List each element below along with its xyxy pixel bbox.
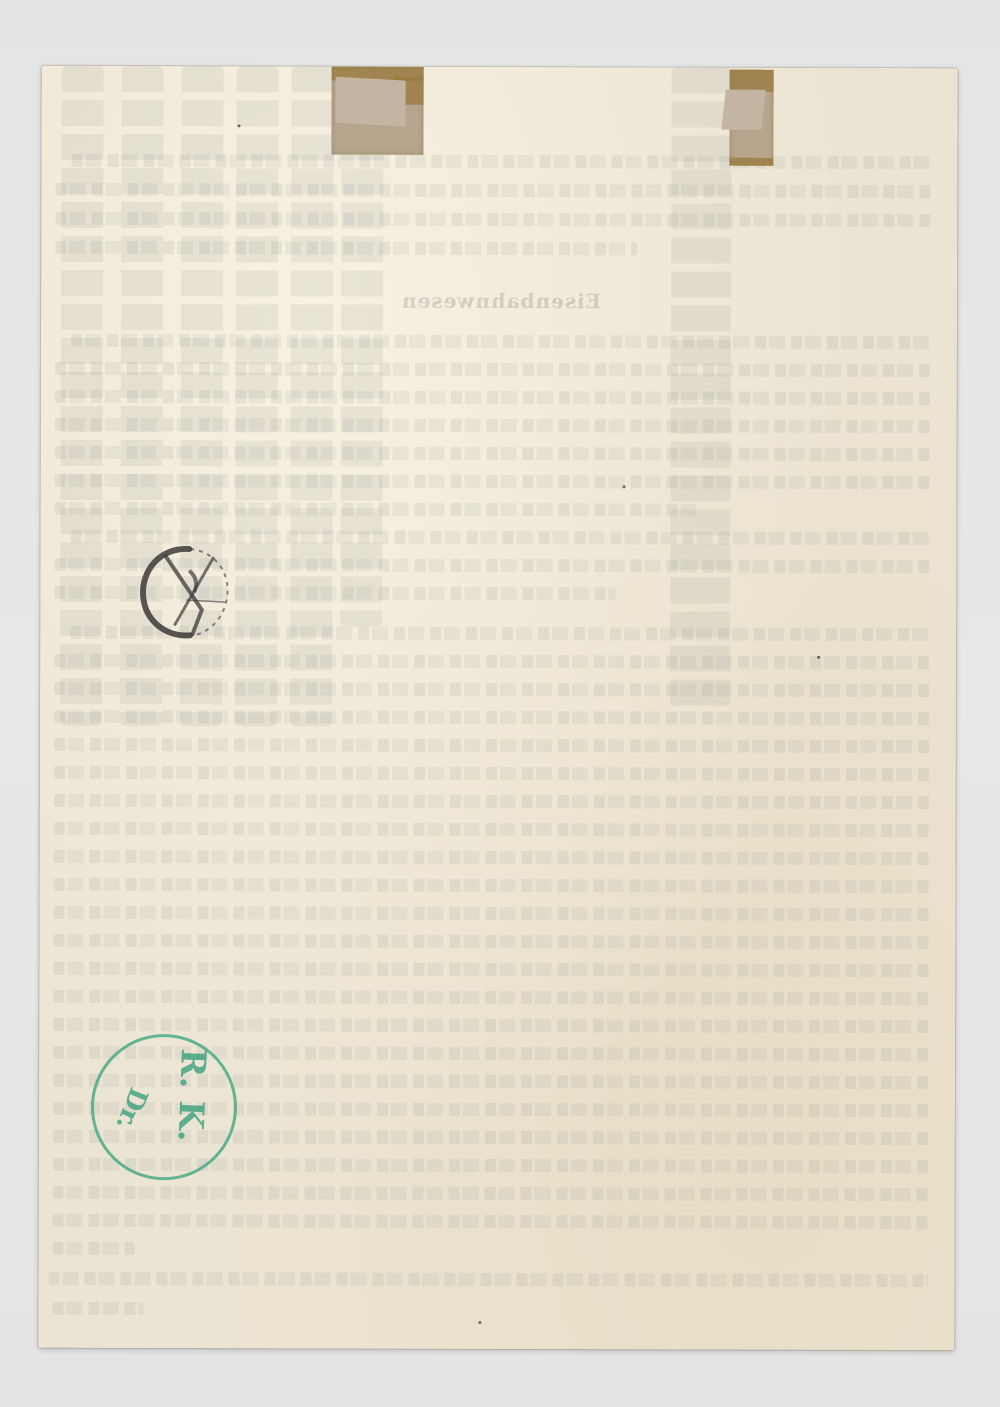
- bleed-line: [54, 710, 930, 725]
- speck: [238, 124, 241, 127]
- bleed-column: [290, 66, 334, 726]
- bleed-line: [54, 654, 930, 669]
- speck: [623, 485, 626, 488]
- photo-backdrop: Eisenbahnwesen: [0, 0, 1000, 1407]
- bleed-line: [55, 418, 931, 433]
- bleed-line: [54, 738, 930, 753]
- stamp-text-rk: R. K.: [170, 1048, 213, 1143]
- bleed-line: [55, 390, 931, 405]
- speck: [478, 1321, 481, 1324]
- bleed-line: [53, 1214, 929, 1229]
- bleed-line: [55, 212, 931, 227]
- stamp-text-dr: Dr.: [109, 1083, 153, 1134]
- bleed-line: [55, 474, 931, 489]
- bleed-column: [670, 67, 732, 707]
- bleed-line: [53, 906, 929, 921]
- tape-remnant-left: [331, 67, 423, 155]
- black-ink-stamp: [135, 541, 233, 643]
- bleed-line: [54, 878, 930, 893]
- bleed-column: [60, 66, 104, 726]
- bleed-line: [53, 934, 929, 949]
- green-monogram-stamp: Dr. R. K.: [82, 1025, 247, 1190]
- bleed-line: [55, 362, 931, 377]
- bleed-line: [55, 241, 637, 256]
- bleed-heading: Eisenbahnwesen: [401, 289, 601, 314]
- bleed-line: [48, 1272, 928, 1287]
- bleed-line: [71, 334, 931, 349]
- bleed-line: [54, 794, 930, 809]
- bleed-line: [54, 822, 930, 837]
- bleed-line: [52, 1302, 144, 1315]
- bleed-line: [55, 446, 931, 461]
- card-back: Eisenbahnwesen: [38, 66, 957, 1350]
- bleed-line: [71, 154, 931, 169]
- bleed-column: [235, 66, 279, 726]
- bleed-line: [55, 183, 931, 198]
- bleed-line: [53, 1242, 135, 1255]
- speck: [817, 656, 820, 659]
- bleed-line: [53, 962, 929, 977]
- bleed-line: [53, 990, 929, 1005]
- bleed-line: [55, 502, 697, 517]
- bleed-line: [53, 1186, 929, 1201]
- tape-remnant-right: [729, 70, 773, 166]
- bleed-line: [54, 766, 930, 781]
- bleed-line: [53, 1018, 929, 1033]
- bleed-line: [54, 850, 930, 865]
- bleed-line: [54, 682, 930, 697]
